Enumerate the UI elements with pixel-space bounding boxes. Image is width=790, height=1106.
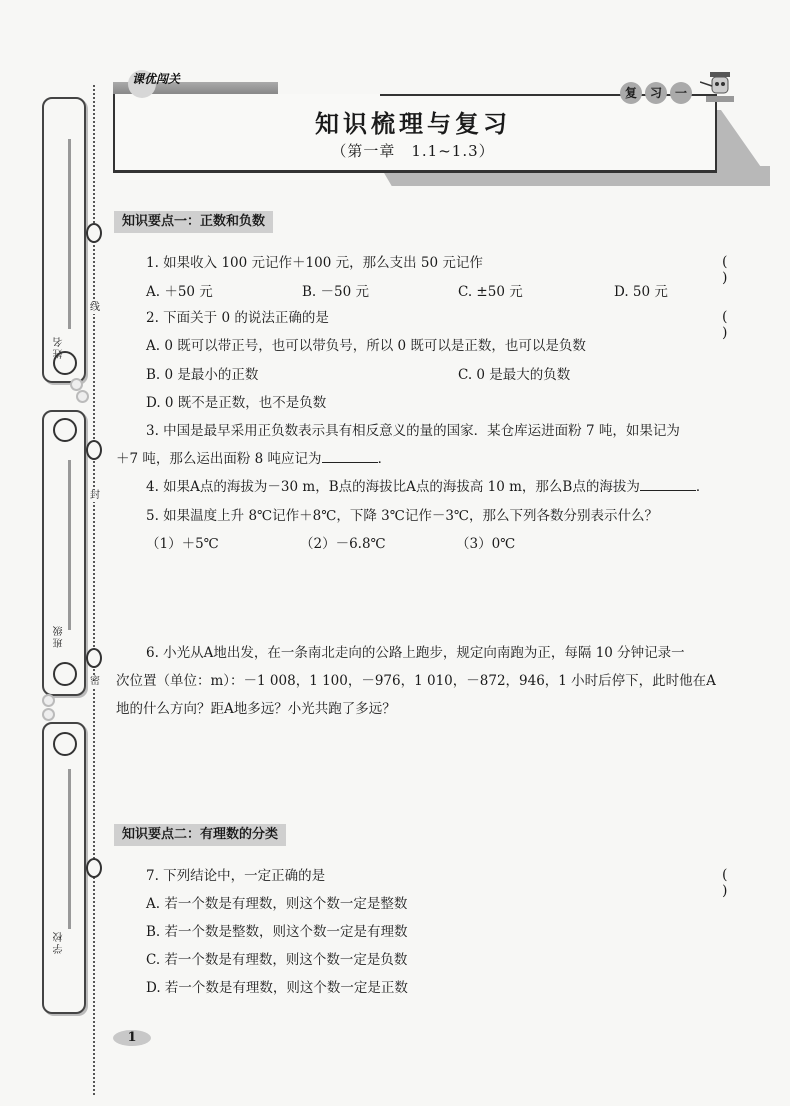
ring-icon bbox=[53, 662, 77, 686]
punch-hole-icon bbox=[86, 223, 102, 243]
option-d[interactable]: D. 0 既不是正数，也不是负数 bbox=[146, 394, 326, 412]
review-badge-char: 习 bbox=[645, 82, 667, 104]
option-c[interactable]: C. 若一个数是有理数，则这个数一定是负数 bbox=[146, 951, 407, 969]
answer-bracket[interactable]: ( ) bbox=[722, 309, 790, 341]
answer-blank[interactable] bbox=[640, 478, 696, 491]
class-write-line bbox=[68, 460, 71, 630]
question-3-line-1: 3. 中国是最早采用正负数表示具有相反意义的量的国家．某仓库运进面粉 7 吨，如… bbox=[146, 422, 680, 440]
answer-bracket[interactable]: ( ) bbox=[722, 254, 790, 286]
option-a[interactable]: A. ＋50 元 bbox=[146, 283, 213, 301]
question-7-text: 7. 下列结论中，一定正确的是 bbox=[146, 867, 325, 885]
question-5-part-1: （1）＋5℃ bbox=[146, 535, 219, 553]
option-d[interactable]: D. 若一个数是有理数，则这个数一定是正数 bbox=[146, 979, 408, 997]
teacher-mascot-icon bbox=[700, 68, 740, 108]
option-d[interactable]: D. 50 元 bbox=[614, 283, 668, 301]
answer-blank[interactable] bbox=[322, 450, 378, 463]
name-write-line bbox=[68, 139, 71, 329]
bead-icon bbox=[42, 694, 55, 707]
question-4-text: 4. 如果A点的海拔为－30 m，B点的海拔比A点的海拔高 10 m，那么B点的… bbox=[146, 478, 709, 496]
cut-char-mi: 密 bbox=[90, 676, 100, 688]
review-badge-char: 复 bbox=[620, 82, 642, 104]
question-5-text: 5. 如果温度上升 8℃记作＋8℃，下降 3℃记作－3℃，那么下列各数分别表示什… bbox=[146, 507, 658, 525]
class-tab: 班级 bbox=[42, 410, 86, 696]
option-c[interactable]: C. 0 是最大的负数 bbox=[458, 366, 570, 384]
question-2-text: 2. 下面关于 0 的说法正确的是 bbox=[146, 309, 329, 327]
question-6-line-1: 6. 小光从A地出发，在一条南北走向的公路上跑步，规定向南跑为正，每隔 10 分… bbox=[146, 644, 685, 662]
option-b[interactable]: B. 0 是最小的正数 bbox=[146, 366, 258, 384]
ring-icon bbox=[53, 418, 77, 442]
ring-icon bbox=[53, 732, 77, 756]
review-badge: 复 习 一 bbox=[620, 82, 692, 104]
option-a[interactable]: A. 0 既可以带正号，也可以带负号，所以 0 既可以是正数，也可以是负数 bbox=[146, 337, 586, 355]
review-badge-char: 一 bbox=[670, 82, 692, 104]
option-c[interactable]: C. ±50 元 bbox=[458, 283, 523, 301]
punch-hole-icon bbox=[86, 440, 102, 460]
page-number: 1 bbox=[113, 1030, 151, 1046]
option-b[interactable]: B. 若一个数是整数，则这个数一定是有理数 bbox=[146, 923, 408, 941]
option-b[interactable]: B. －50 元 bbox=[302, 283, 369, 301]
class-label: 班级 bbox=[52, 624, 67, 648]
page-title: 知识梳理与复习 bbox=[113, 104, 713, 139]
school-write-line bbox=[68, 769, 71, 929]
bead-icon bbox=[76, 390, 89, 403]
cut-char-feng: 封 bbox=[90, 490, 100, 502]
question-5-part-3: （3）0℃ bbox=[456, 535, 515, 553]
punch-hole-icon bbox=[86, 648, 102, 668]
school-label: 学校 bbox=[52, 930, 67, 954]
ring-icon bbox=[53, 351, 77, 375]
question-6-line-2: 次位置（单位：m）：－1 008，1 100，－976，1 010，－872，9… bbox=[116, 672, 716, 690]
series-badge: 课优闯关 bbox=[132, 70, 202, 94]
school-tab: 学校 bbox=[42, 722, 86, 1014]
cut-char-xian: 线 bbox=[90, 302, 100, 314]
name-tab: 姓名 bbox=[42, 97, 86, 383]
question-6-line-3: 地的什么方向？距A地多远？小光共跑了多远？ bbox=[116, 700, 396, 718]
page-subtitle: （第一章 1.1~1.3） bbox=[113, 140, 713, 161]
question-3-line-2: ＋7 吨，那么运出面粉 8 吨应记为． bbox=[116, 450, 391, 468]
question-1-text: 1. 如果收入 100 元记作＋100 元，那么支出 50 元记作 bbox=[146, 254, 483, 272]
answer-bracket[interactable]: ( ) bbox=[722, 867, 790, 899]
punch-hole-icon bbox=[86, 858, 102, 878]
section-heading-2: 知识要点二：有理数的分类 bbox=[114, 824, 286, 846]
section-heading-1: 知识要点一：正数和负数 bbox=[114, 211, 273, 233]
question-5-part-2: （2）－6.8℃ bbox=[300, 535, 386, 553]
option-a[interactable]: A. 若一个数是有理数，则这个数一定是整数 bbox=[146, 895, 407, 913]
bead-icon bbox=[42, 708, 55, 721]
